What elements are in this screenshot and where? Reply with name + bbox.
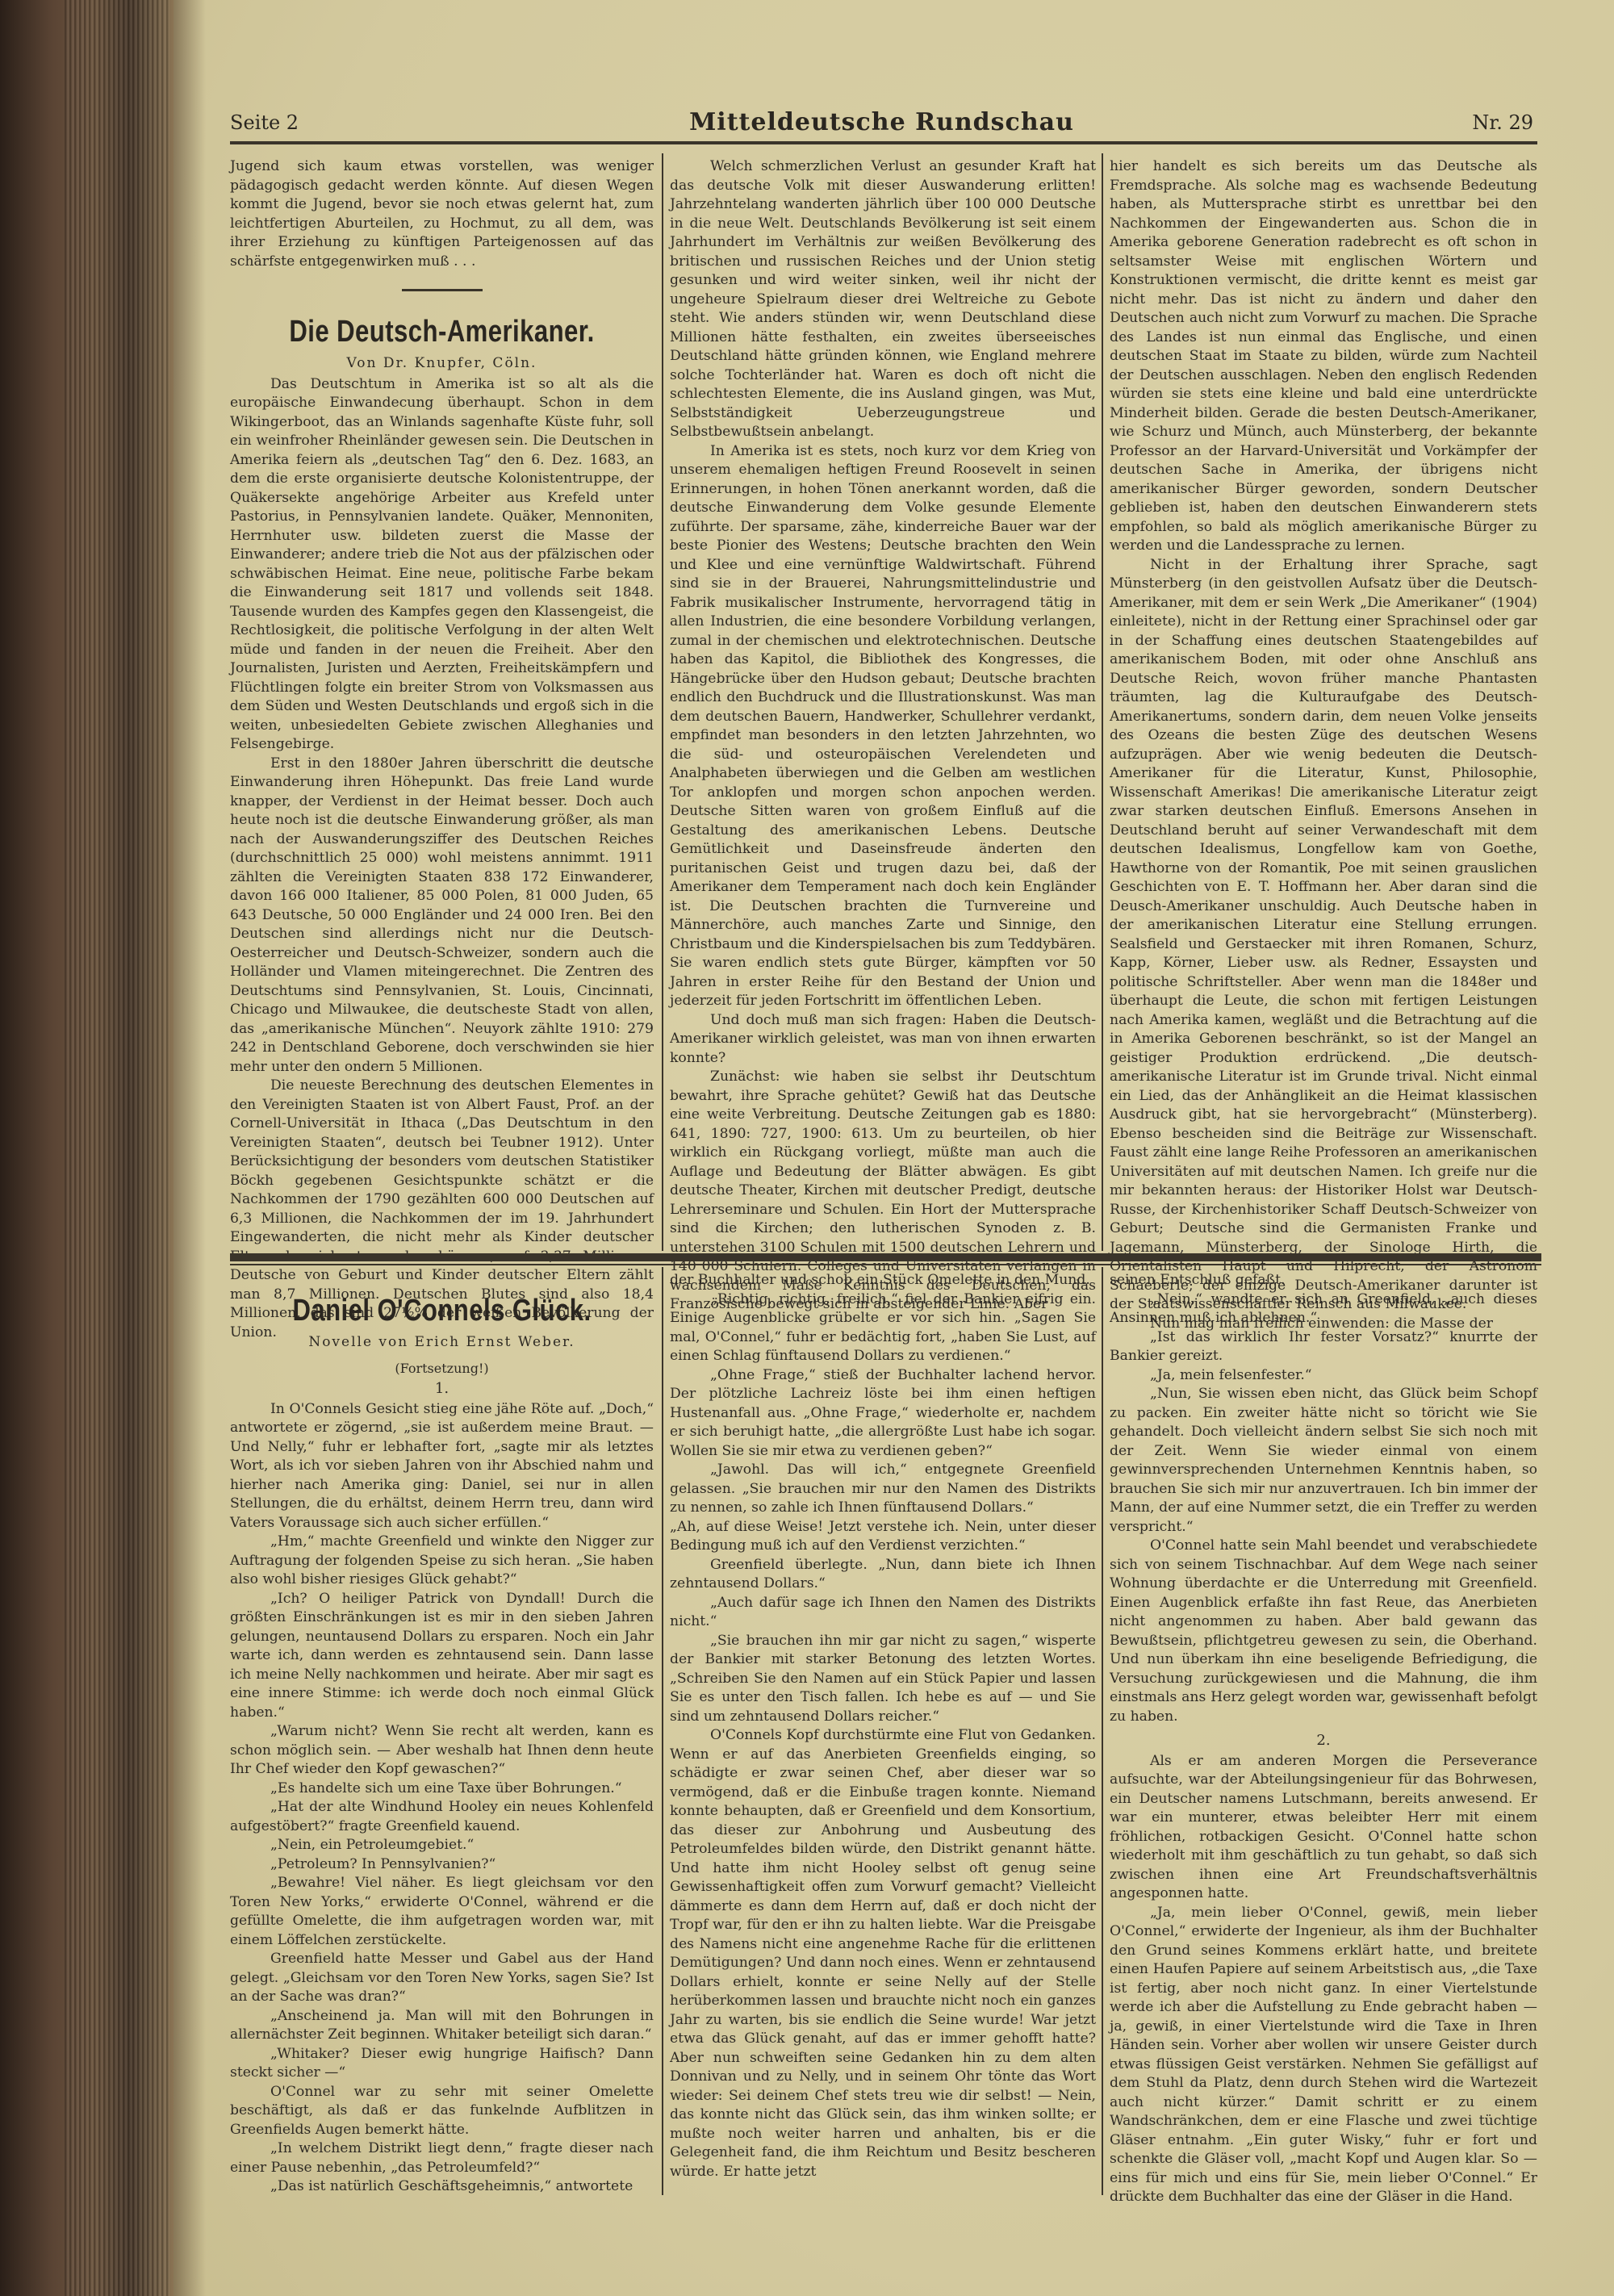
story-paragraph: „Ist das wirklich Ihr fester Vorsatz?“ k… [1110,1328,1537,1366]
story-title: Daniel O'Connels Glück. [268,1291,616,1330]
story-paragraph: „Warum nicht? Wenn Sie recht alt werden,… [230,1722,654,1780]
story-paragraph: „Richtig, richtig, freilich,“ fiel der B… [670,1290,1096,1366]
header-rule [230,141,1537,144]
newspaper-masthead: Mitteldeutsche Rundschau [230,108,1533,136]
section-separator-thin [230,1264,1541,1265]
newspaper-page: Seite 2 Mitteldeutsche Rundschau Nr. 29 … [174,0,1614,2296]
story-paragraph: „Bewahre! Viel näher. Es liegt gleichsam… [230,1874,654,1950]
story-paragraph: „Petroleum? In Pennsylvanien?“ [230,1855,654,1875]
article-paragraph: Welch schmerzlichen Verlust an gesunder … [670,157,1096,442]
bottom-column-2: der Buchhalter und schob ein Stück Omele… [670,1271,1096,2181]
story-paragraph: „Whitaker? Dieser ewig hungrige Haifisch… [230,2045,654,2083]
article-paragraph: In Amerika ist es stets, noch kurz vor d… [670,442,1096,1011]
story-paragraph: „Anscheinend ja. Man will mit den Bohrun… [230,2007,654,2045]
story-paragraph: seinen Entschluß gefaßt. [1110,1271,1537,1290]
article-title: Die Deutsch-Amerikaner. [268,312,616,351]
story-paragraph: O'Connel hatte sein Mahl beendet und ver… [1110,1537,1537,1726]
top-column-1: Jugend sich kaum etwas vorstellen, was w… [230,157,654,1342]
carryover-paragraph: Jugend sich kaum etwas vorstellen, was w… [230,157,654,271]
article-paragraph: Das Deutschtum in Amerika ist so alt als… [230,375,654,755]
story-paragraph: O'Connel war zu sehr mit seiner Omelette… [230,2083,654,2140]
story-paragraph: O'Connels Kopf durchstürmte eine Flut vo… [670,1726,1096,2181]
story-paragraph: „Sie brauchen ihn mir gar nicht zu sagen… [670,1632,1096,1727]
story-paragraph: „Hat der alte Windhund Hooley ein neues … [230,1798,654,1836]
story-paragraph: „Ich? O heiliger Patrick von Dyndall! Du… [230,1590,654,1723]
page-stack-edges [65,0,169,2296]
story-paragraph: der Buchhalter und schob ein Stück Omele… [670,1271,1096,1290]
story-paragraph: „In welchem Distrikt liegt denn,“ fragte… [230,2139,654,2177]
article-paragraph: Und doch muß man sich fragen: Haben die … [670,1011,1096,1069]
article-paragraph: Nicht in der Erhaltung ihrer Sprache, sa… [1110,556,1537,1315]
story-paragraph: „Nein, ein Petroleumgebiet.“ [230,1836,654,1855]
story-paragraph: „Ah, auf diese Weise! Jetzt verstehe ich… [670,1518,1096,1556]
issue-number: Nr. 29 [1472,111,1533,134]
top-column-3: hier handelt es sich bereits um das Deut… [1110,157,1537,1333]
story-paragraph: „Jawohl. Das will ich,“ entgegnete Green… [670,1461,1096,1518]
bottom-column-3: seinen Entschluß gefaßt. „Nein,“ wandte … [1110,1271,1537,2207]
story-paragraph: „Es handelte sich um eine Taxe über Bohr… [230,1780,654,1799]
bottom-column-1: Daniel O'Connels Glück. Novelle von Eric… [230,1283,654,2197]
story-paragraph: „Ja, mein lieber O'Connel, gewiß, mein l… [1110,1904,1537,2207]
column-divider [1102,153,1103,1251]
top-column-2: Welch schmerzlichen Verlust an gesunder … [670,157,1096,1315]
section-divider [402,289,483,291]
story-byline: Novelle von Erich Ernst Weber. [230,1333,654,1353]
section-separator-thick [230,1253,1541,1261]
story-paragraph: „Nun, Sie wissen eben nicht, das Glück b… [1110,1385,1537,1537]
column-divider [662,1267,663,2195]
chapter-number: 2. [1110,1731,1537,1750]
column-divider [1102,1267,1103,2195]
page-header: Seite 2 Mitteldeutsche Rundschau Nr. 29 [230,111,1533,144]
book-binding [0,0,174,2296]
story-paragraph: Greenfield hatte Messer und Gabel aus de… [230,1950,654,2007]
gutter-shadow [174,0,206,2296]
story-paragraph: Greenfield überlegte. „Nun, dann biete i… [670,1556,1096,1594]
story-paragraph: „Ohne Frage,“ stieß der Buchhalter lache… [670,1366,1096,1462]
story-paragraph: Als er am anderen Morgen die Perseveranc… [1110,1752,1537,1904]
continuation-label: (Fortsetzung!) [230,1359,654,1378]
story-paragraph: „Das ist natürlich Geschäftsgeheimnis,“ … [230,2177,654,2197]
story-paragraph: „Ja, mein felsenfester.“ [1110,1366,1537,1386]
article-byline: Von Dr. Knupfer, Cöln. [230,354,654,374]
article-paragraph: Erst in den 1880er Jahren überschritt di… [230,755,654,1077]
article-paragraph: hier handelt es sich bereits um das Deut… [1110,157,1537,556]
column-divider [662,153,663,1251]
chapter-number: 1. [230,1379,654,1399]
story-paragraph: In O'Connels Gesicht stieg eine jähe Röt… [230,1400,654,1533]
story-paragraph: „Hm,“ machte Greenfield und winkte den N… [230,1533,654,1590]
story-paragraph: „Auch dafür sage ich Ihnen den Namen des… [670,1594,1096,1632]
story-paragraph: „Nein,“ wandte er sich an Greenfield, „a… [1110,1290,1537,1328]
